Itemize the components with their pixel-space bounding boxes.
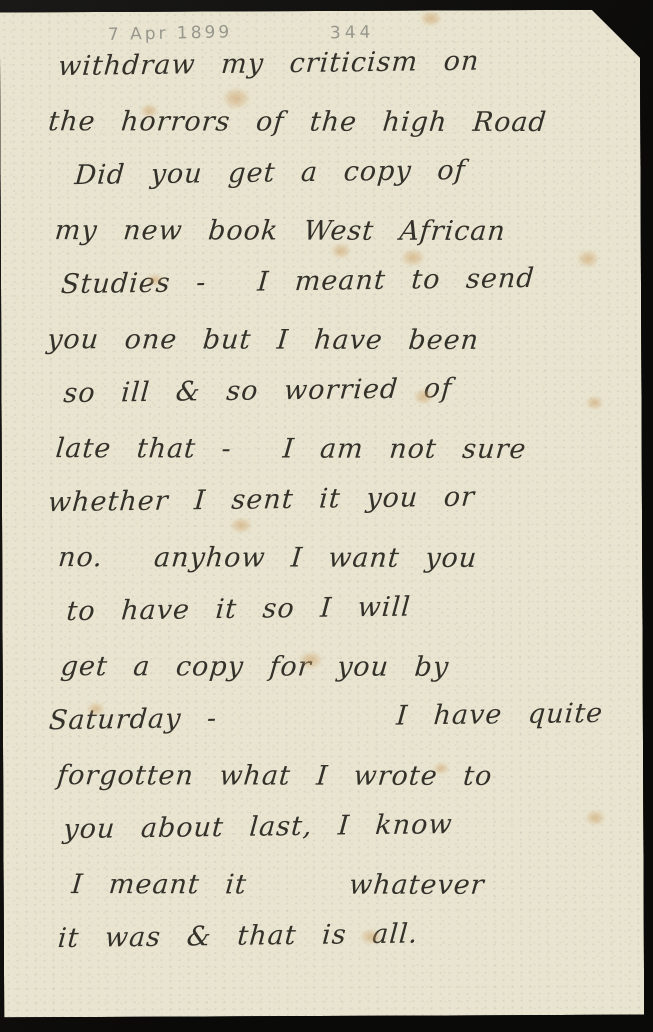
handwritten-line-13: Saturday - I have quite: [47, 687, 625, 749]
handwritten-line-3: Did you get a copy of: [72, 142, 622, 204]
handwritten-line-7: so ill & so worried of: [61, 360, 623, 422]
handwritten-line-16: I meant it whatever: [69, 858, 626, 913]
handwritten-line-5: Studies - I meant to send: [59, 251, 623, 313]
handwritten-line-10: no. anyhow I want you: [56, 531, 625, 587]
handwritten-line-17: it was & that is all.: [56, 905, 626, 967]
handwritten-line-14: forgotten what I wrote to: [55, 749, 626, 805]
handwritten-line-6: you one but I have been: [45, 313, 624, 369]
handwritten-line-2: the horrors of the high Road: [46, 95, 623, 151]
scanned-letter: 7 Apr 1899 344 withdraw my criticism on …: [0, 0, 653, 1032]
handwritten-line-15: you about last, I know: [61, 796, 625, 858]
letter-page: 7 Apr 1899 344 withdraw my criticism on …: [0, 10, 644, 1018]
handwritten-line-4: my new book West African: [52, 204, 623, 260]
handwritten-line-11: to have it so I will: [64, 578, 624, 640]
letter-body: withdraw my criticism on the horrors of …: [46, 38, 624, 967]
handwritten-line-1: withdraw my criticism on: [56, 33, 622, 95]
handwritten-line-9: whether I sent it you or: [46, 469, 624, 531]
